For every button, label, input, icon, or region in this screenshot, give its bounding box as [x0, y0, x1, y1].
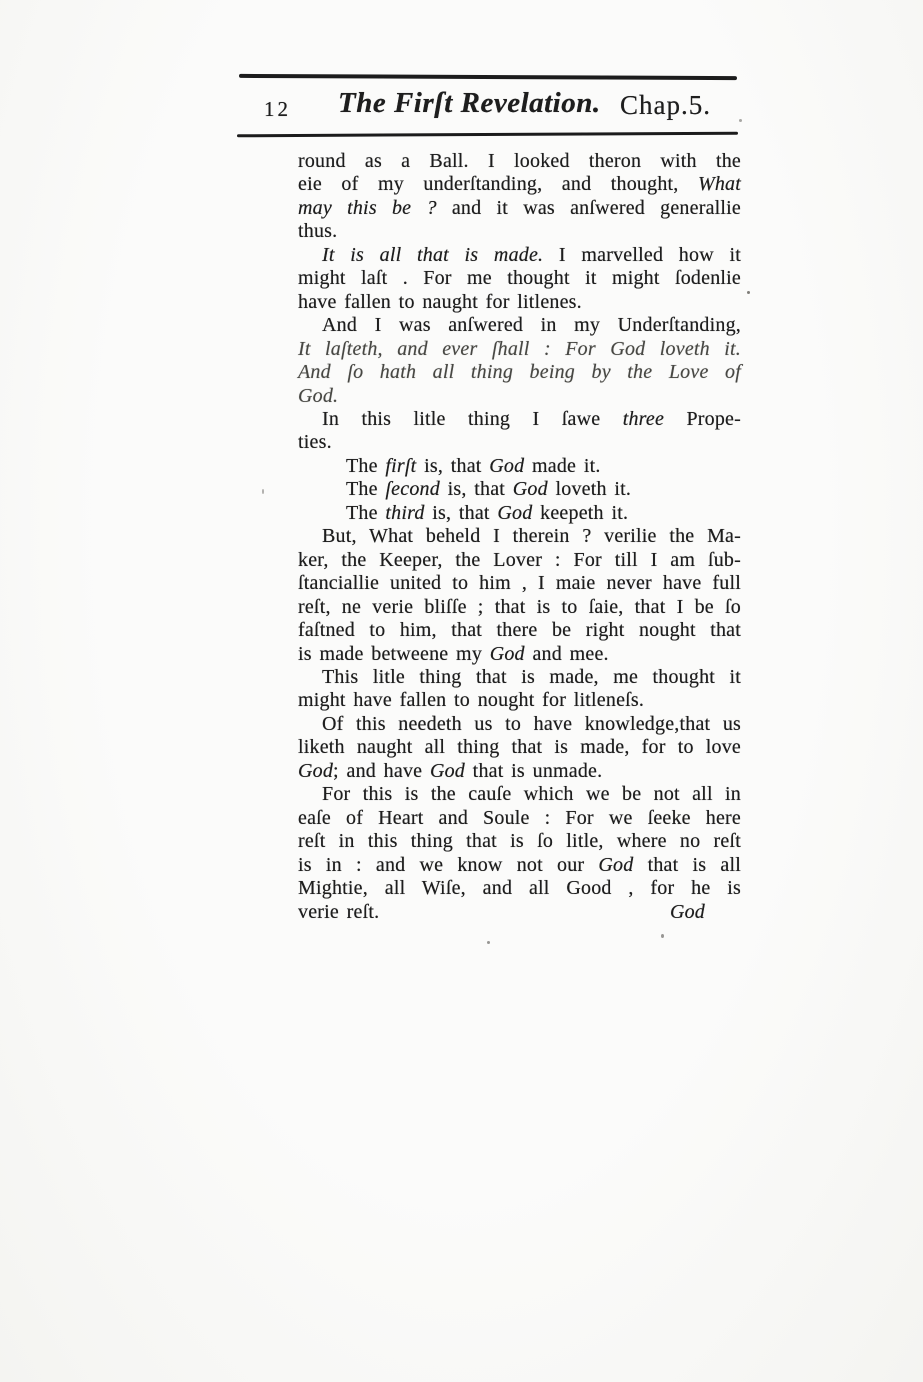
text-run: This litle thing that is made, me though… [322, 666, 741, 688]
running-title: The Firſt Revelation. [338, 87, 601, 120]
text-run: and mee. [525, 643, 609, 665]
text-run: eaſe of Heart and Soule : For we ſeeke h… [298, 807, 741, 829]
ink-speck [661, 934, 664, 938]
paragraph: The third is, that God keepeth it. [298, 502, 741, 525]
text-run-italic: God [430, 760, 465, 782]
text-run: might laſt . For me thought it might ſod… [298, 267, 741, 289]
text-line: ties. [298, 431, 741, 454]
text-run: Prope- [664, 408, 741, 430]
text-run: round as a Ball. I looked theron with th… [298, 150, 741, 172]
book-page: 12 The Firſt Revelation. Chap.5. round a… [0, 0, 923, 1382]
text-run-italic: God [513, 478, 548, 500]
text-line: ſtanciallie united to him , I maie never… [298, 572, 741, 595]
text-run: that is all [633, 854, 741, 876]
text-run: But, What beheld I therein ? verilie the… [322, 525, 741, 547]
text-run: The [346, 502, 385, 524]
text-run-italic: It is all that is made. [322, 244, 543, 266]
ink-speck [262, 489, 264, 494]
text-run: ſtanciallie united to him , I maie never… [298, 572, 741, 594]
text-run-italic: It laſteth, and ever ſhall : For God lov… [298, 338, 741, 360]
text-line: God. [298, 385, 741, 408]
text-run-italic: And ſo hath all thing being by the Love … [298, 361, 741, 383]
text-run: The [346, 478, 385, 500]
text-line: faſtned to him, that there be right noug… [298, 619, 741, 642]
text-run: might have fallen to nought for litleneſ… [298, 689, 644, 711]
text-run: liketh naught all thing that is made, fo… [298, 736, 741, 758]
text-run: is, that [416, 455, 489, 477]
text-run: Mightie, all Wiſe, and all Good , for he… [298, 877, 741, 899]
text-run: I marvelled how it [543, 244, 741, 266]
text-run: ; and have [333, 760, 430, 782]
text-line: It laſteth, and ever ſhall : For God lov… [298, 338, 741, 361]
text-line: God; and have God that is unmade. [298, 760, 741, 783]
text-line: eaſe of Heart and Soule : For we ſeeke h… [298, 807, 741, 830]
text-run-italic: God [489, 455, 524, 477]
text-line: Mightie, all Wiſe, and all Good , for he… [298, 877, 741, 900]
text-line: thus. [298, 220, 741, 243]
text-line: For this is the cauſe which we be not al… [298, 783, 741, 806]
text-line: reſt in this thing that is ſo litle, whe… [298, 830, 741, 853]
text-line: Of this needeth us to have knowledge,tha… [298, 713, 741, 736]
text-run: For this is the cauſe which we be not al… [322, 783, 741, 805]
text-run: have fallen to naught for litlenes. [298, 291, 582, 313]
text-run-italic: God [598, 854, 633, 876]
text-run: is, that [440, 478, 513, 500]
text-run: eie of my underſtanding, and thought, [298, 173, 698, 195]
text-run: reſt in this thing that is ſo litle, whe… [298, 830, 741, 852]
text-run: is in : and we know not our [298, 854, 598, 876]
paragraph: In this litle thing I ſawe three Prope-t… [298, 408, 741, 455]
paragraph: The firſt is, that God made it. [298, 455, 741, 478]
text-run: verie reſt. [298, 901, 379, 923]
header-rule-top [239, 74, 737, 80]
page-number: 12 [264, 97, 291, 122]
text-line: might laſt . For me thought it might ſod… [298, 267, 741, 290]
text-run: reſt, ne verie bliſſe ; that is to ſaie,… [298, 596, 741, 618]
text-run: The [346, 455, 385, 477]
paragraph: It is all that is made. I marvelled how … [298, 244, 741, 314]
text-run-italic: third [385, 502, 424, 524]
text-run-italic: firſt [385, 455, 416, 477]
paragraph: For this is the cauſe which we be not al… [298, 783, 741, 924]
text-run: faſtned to him, that there be right noug… [298, 619, 741, 641]
text-run: In this litle thing I ſawe [322, 408, 623, 430]
text-line: And I was anſwered in my Underſtanding, [298, 314, 741, 337]
page-body: round as a Ball. I looked theron with th… [298, 150, 741, 924]
text-run: that is unmade. [465, 760, 602, 782]
ink-speck [487, 941, 490, 944]
text-run: loveth it. [548, 478, 631, 500]
text-line: ker, the Keeper, the Lover : For till I … [298, 549, 741, 572]
paragraph: The ſecond is, that God loveth it. [298, 478, 741, 501]
ink-speck [747, 291, 750, 294]
text-run-italic: God [490, 643, 525, 665]
paragraph: And I was anſwered in my Underſtanding,I… [298, 314, 741, 408]
text-line: In this litle thing I ſawe three Prope- [298, 408, 741, 431]
text-run: thus. [298, 220, 337, 242]
text-line: The firſt is, that God made it. [298, 455, 741, 478]
text-run-italic: ſecond [385, 478, 440, 500]
paragraph: But, What beheld I therein ? verilie the… [298, 525, 741, 666]
text-run-italic: God [298, 760, 333, 782]
text-line: might have fallen to nought for litleneſ… [298, 689, 741, 712]
text-line: is in : and we know not our God that is … [298, 854, 741, 877]
text-run: ties. [298, 431, 332, 453]
paragraph: round as a Ball. I looked theron with th… [298, 150, 741, 244]
text-line: The third is, that God keepeth it. [298, 502, 741, 525]
text-run: ker, the Keeper, the Lover : For till I … [298, 549, 741, 571]
header-rule-bottom [237, 132, 738, 138]
chapter-label: Chap.5. [620, 90, 711, 121]
text-run: is, that [425, 502, 498, 524]
ink-speck [739, 119, 742, 122]
text-run-italic: may this be ? [298, 197, 437, 219]
text-run-italic: three [623, 408, 664, 430]
text-run: and it was anſwered generallie [437, 197, 741, 219]
text-line: liketh naught all thing that is made, fo… [298, 736, 741, 759]
text-line: round as a Ball. I looked theron with th… [298, 150, 741, 173]
text-line: Godverie reſt. [298, 901, 741, 924]
text-line: But, What beheld I therein ? verilie the… [298, 525, 741, 548]
text-run-italic: God [497, 502, 532, 524]
text-line: It is all that is made. I marvelled how … [298, 244, 741, 267]
text-line: reſt, ne verie bliſſe ; that is to ſaie,… [298, 596, 741, 619]
paragraph: This litle thing that is made, me though… [298, 666, 741, 713]
text-run: Of this needeth us to have knowledge,tha… [322, 713, 741, 735]
text-line: have fallen to naught for litlenes. [298, 291, 741, 314]
text-run-italic: God. [298, 385, 338, 407]
text-line: And ſo hath all thing being by the Love … [298, 361, 741, 384]
text-line: This litle thing that is made, me though… [298, 666, 741, 689]
text-line: may this be ? and it was anſwered genera… [298, 197, 741, 220]
text-run: And I was anſwered in my Underſtanding, [322, 314, 741, 336]
text-run: is made betweene my [298, 643, 490, 665]
paragraph: Of this needeth us to have knowledge,tha… [298, 713, 741, 783]
text-line: eie of my underſtanding, and thought, Wh… [298, 173, 741, 196]
text-line: is made betweene my God and mee. [298, 643, 741, 666]
text-run: made it. [524, 455, 600, 477]
text-run: keepeth it. [532, 502, 628, 524]
text-line: The ſecond is, that God loveth it. [298, 478, 741, 501]
text-run-italic: What [698, 173, 741, 195]
catchword: God [670, 901, 705, 924]
